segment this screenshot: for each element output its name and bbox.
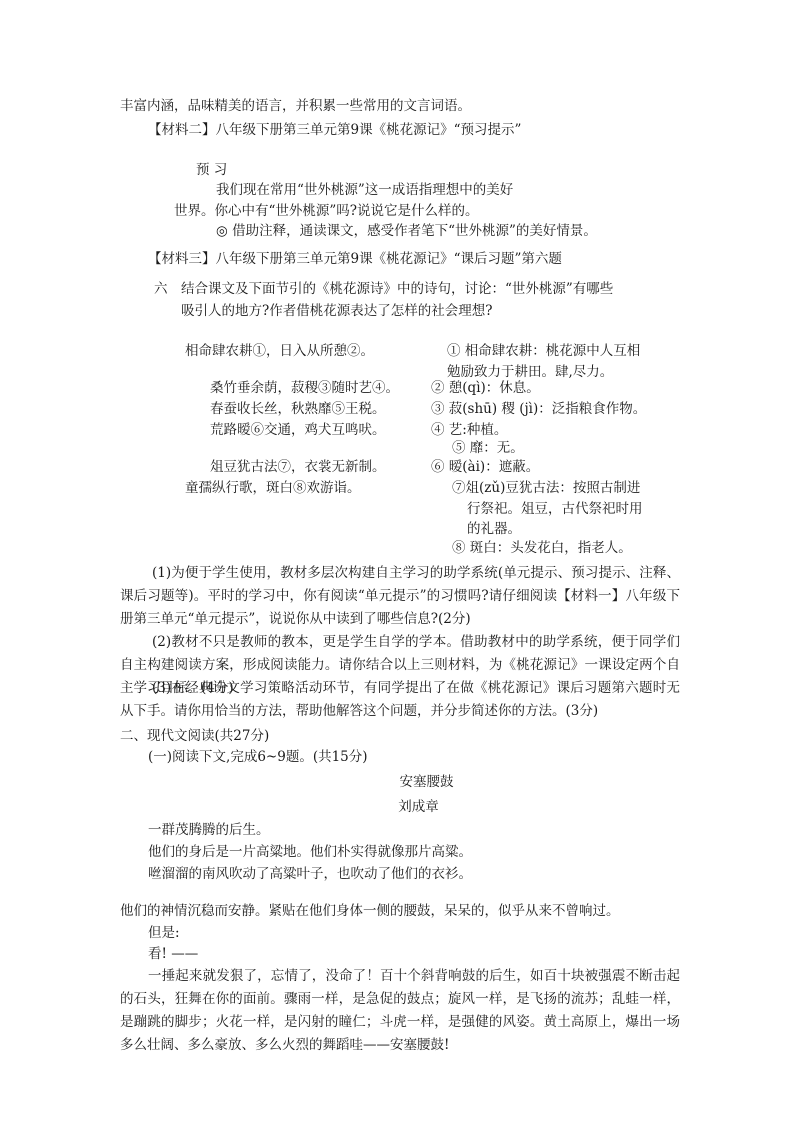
question-six-line-2: 吸引人的地方?作者借桃花源表达了怎样的社会理想? <box>181 302 492 320</box>
question-3: (3)在经典诗文学习策略活动环节，有同学提出了在做《桃花源记》课后习题第六题时无… <box>120 677 680 723</box>
material3-heading: 【材料三】八年级下册第三单元第9课《桃花源记》“课后习题”第六题 <box>148 250 562 268</box>
poem-note: ① 相命肆农耕：桃花源中人互相 <box>447 342 640 360</box>
question-1: (1)为便于学生使用，教材多层次构建自主学习的助学系统(单元提示、预习提示、注释… <box>120 562 680 631</box>
article-paragraph: 他们的身后是一片高粱地。他们朴实得就像那片高粱。 <box>148 843 472 861</box>
article-author: 刘成章 <box>22 798 793 816</box>
poem-line: 童孺纵行歌，斑白⑧欢游诣。 <box>185 479 361 497</box>
poem-line: 俎豆犹古法⑦，衣裳无新制。 <box>210 458 386 476</box>
poem-note: 行祭祀。俎豆，古代祭祀时用 <box>467 500 643 518</box>
poem-note: ⑥ 暧(ài)：遮蔽。 <box>431 458 539 476</box>
article-paragraph: 看! —— <box>148 945 198 963</box>
article-paragraph: 咝溜溜的南风吹动了高粱叶子，也吹动了他们的衣衫。 <box>148 865 472 883</box>
preview-line-1: 我们现在常用“世外桃源”这一成语指理想中的美好 <box>216 181 513 199</box>
poem-line: 春蚕收长丝，秋熟靡⑤王税。 <box>210 400 386 418</box>
poem-line: 荒路暧⑥交通，鸡犬互鸣吠。 <box>210 421 386 439</box>
article-paragraph: 一群茂腾腾的后生。 <box>148 821 270 839</box>
article-title: 安塞腰鼓 <box>30 773 793 791</box>
intro-tail: 丰富内涵，品味精美的语言，并积累一些常用的文言词语。 <box>120 97 471 115</box>
question-six-number: 六 <box>154 280 168 298</box>
poem-note: ⑤ 靡：无。 <box>452 439 524 457</box>
poem-note: ⑦俎(zǔ)豆犹古法：按照古制进 <box>452 479 640 497</box>
poem-line: 相命肆农耕①，日入从所憩②。 <box>185 342 374 360</box>
section-2-heading: 二、现代文阅读(共27分) <box>120 727 269 745</box>
subsection-heading: (一)阅读下文,完成6~9题。(共15分) <box>148 748 368 766</box>
preview-label: 预 习 <box>196 161 227 179</box>
article-paragraph: 他们的神情沉稳而安静。紧贴在他们身体一侧的腰鼓，呆呆的，似乎从来不曾响过。 <box>120 902 620 920</box>
preview-tip: ◎ 借助注释，通读课文，感受作者笔下“世外桃源”的美好情景。 <box>216 222 597 240</box>
poem-note: ③ 菽(shū) 稷 (jì)：泛指粮食作物。 <box>431 400 646 418</box>
material2-heading: 【材料二】八年级下册第三单元第9课《桃花源记》“预习提示” <box>148 121 521 139</box>
poem-note: 的礼器。 <box>467 520 521 538</box>
preview-line-2: 世界。你心中有“世外桃源”吗?说说它是什么样的。 <box>174 202 479 220</box>
poem-line: 桑竹垂余荫，菽稷③随时艺④。 <box>210 379 399 397</box>
article-paragraph: 一捶起来就发狠了，忘情了，没命了！百十个斜背响鼓的后生，如百十块被强震不断击起的… <box>120 965 680 1057</box>
question-six-line-1: 结合课文及下面节引的《桃花源诗》中的诗句，讨论：“世外桃源”有哪些 <box>181 280 613 298</box>
poem-note: ④ 艺:种植。 <box>431 421 507 439</box>
poem-note: ② 憩(qì)：休息。 <box>431 379 540 397</box>
poem-note: ⑧ 斑白：头发花白，指老人。 <box>452 539 632 557</box>
article-paragraph: 但是: <box>148 924 180 942</box>
